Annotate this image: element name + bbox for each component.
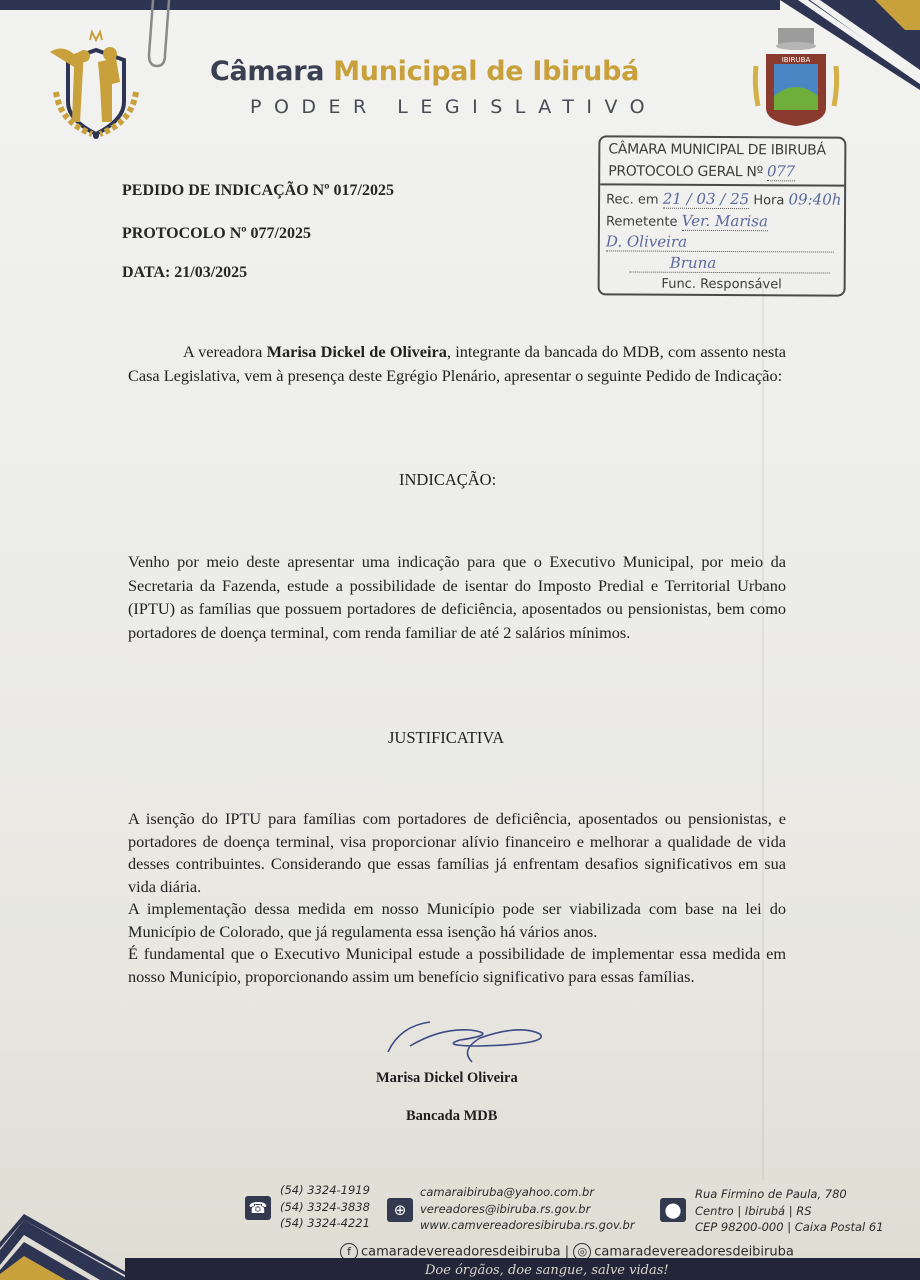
- email-link[interactable]: camaraibiruba@yahoo.com.br: [420, 1184, 635, 1201]
- title-part-2: Municipal de Ibirubá: [333, 56, 639, 87]
- website-link[interactable]: www.camvereadoresibiruba.rs.gov.br: [420, 1217, 635, 1234]
- signature-party: Bancada MDB: [406, 1108, 497, 1125]
- web-contacts: camaraibiruba@yahoo.com.br vereadores@ib…: [420, 1184, 635, 1234]
- stamp-sender-line: Remetente Ver. Marisa: [606, 211, 768, 231]
- municipal-coat-of-arms: IBIRUBA: [750, 26, 842, 136]
- address-line: Centro | Ibirubá | RS: [695, 1203, 884, 1220]
- stamp-time-label: Hora: [753, 193, 784, 208]
- request-number: PEDIDO DE INDICAÇÃO Nº 017/2025: [122, 182, 394, 200]
- stamp-footer-label: Func. Responsável: [600, 276, 844, 292]
- indication-paragraph: Venho por meio deste apresentar uma indi…: [128, 550, 786, 644]
- address-line: Rua Firmino de Paula, 780: [695, 1186, 884, 1203]
- chamber-subtitle: PODER LEGISLATIVO: [250, 96, 657, 118]
- stamp-divider: [600, 183, 844, 186]
- tagline: Doe órgãos, doe sangue, salve vidas!: [425, 1263, 669, 1278]
- document-page: Câmara Municipal de Ibirubá PODER LEGISL…: [0, 0, 920, 1280]
- phone-number[interactable]: (54) 3324-1919: [280, 1182, 370, 1199]
- intro-paragraph: A vereadora Marisa Dickel de Oliveira, i…: [128, 340, 786, 387]
- phone-number[interactable]: (54) 3324-4221: [280, 1215, 370, 1232]
- justification-paragraph: A implementação dessa medida em nosso Mu…: [128, 898, 786, 943]
- email-link[interactable]: vereadores@ibiruba.rs.gov.br: [420, 1201, 635, 1218]
- stamp-time-value: 09:40h: [788, 190, 841, 208]
- justification-body: A isenção do IPTU para famílias com port…: [128, 808, 786, 988]
- intro-prefix: A vereadora: [183, 342, 267, 361]
- stamp-sender-value-2: D. Oliveira: [606, 232, 834, 252]
- stamp-official-line: Bruna: [630, 254, 830, 274]
- chamber-emblem-logo: [40, 22, 152, 144]
- address-line: CEP 98200-000 | Caixa Postal 61: [695, 1219, 884, 1236]
- map-pin-icon: ⬤: [660, 1198, 686, 1222]
- justification-heading: JUSTIFICATIVA: [388, 728, 504, 748]
- handwritten-signature: [380, 1016, 560, 1064]
- phone-list: (54) 3324-1919 (54) 3324-3838 (54) 3324-…: [280, 1182, 370, 1232]
- stamp-sender-label: Remetente: [606, 214, 678, 229]
- chamber-title: Câmara Municipal de Ibirubá: [210, 56, 639, 87]
- stamp-official-signature: Bruna: [630, 254, 830, 274]
- svg-text:IBIRUBA: IBIRUBA: [782, 56, 811, 64]
- stamp-received-date: 21 / 03 / 25: [663, 190, 750, 209]
- indication-heading: INDICAÇÃO:: [399, 470, 496, 490]
- top-navy-band: [0, 0, 780, 10]
- globe-icon: ⊕: [387, 1198, 413, 1222]
- title-part-1: Câmara: [210, 56, 324, 87]
- document-date: DATA: 21/03/2025: [122, 264, 247, 282]
- bottom-tagline-band: Doe órgãos, doe sangue, salve vidas!: [125, 1258, 920, 1280]
- stamp-sender-line-2: D. Oliveira: [606, 232, 836, 252]
- stamp-protocol-line: PROTOCOLO GERAL Nº 077: [608, 161, 795, 181]
- protocol-stamp: CÂMARA MUNICIPAL DE IBIRUBÁ PROTOCOLO GE…: [598, 135, 847, 296]
- stamp-received-label: Rec. em: [606, 192, 659, 207]
- protocol-number: PROTOCOLO Nº 077/2025: [122, 225, 311, 243]
- councilor-name: Marisa Dickel de Oliveira: [267, 342, 447, 361]
- justification-paragraph: É fundamental que o Executivo Municipal …: [128, 943, 786, 988]
- address-block: Rua Firmino de Paula, 780 Centro | Ibiru…: [695, 1186, 884, 1236]
- stamp-sender-value: Ver. Marisa: [682, 212, 768, 231]
- stamp-header: CÂMARA MUNICIPAL DE IBIRUBÁ: [608, 141, 825, 158]
- justification-paragraph: A isenção do IPTU para famílias com port…: [128, 808, 786, 898]
- phone-number[interactable]: (54) 3324-3838: [280, 1199, 370, 1216]
- signature-name: Marisa Dickel Oliveira: [376, 1070, 518, 1087]
- stamp-protocol-number: 077: [767, 162, 795, 181]
- stamp-protocol-label: PROTOCOLO GERAL Nº: [608, 163, 763, 180]
- stamp-received-line: Rec. em 21 / 03 / 25 Hora 09:40h: [606, 189, 841, 209]
- paper-fold-shadow: [762, 280, 764, 1180]
